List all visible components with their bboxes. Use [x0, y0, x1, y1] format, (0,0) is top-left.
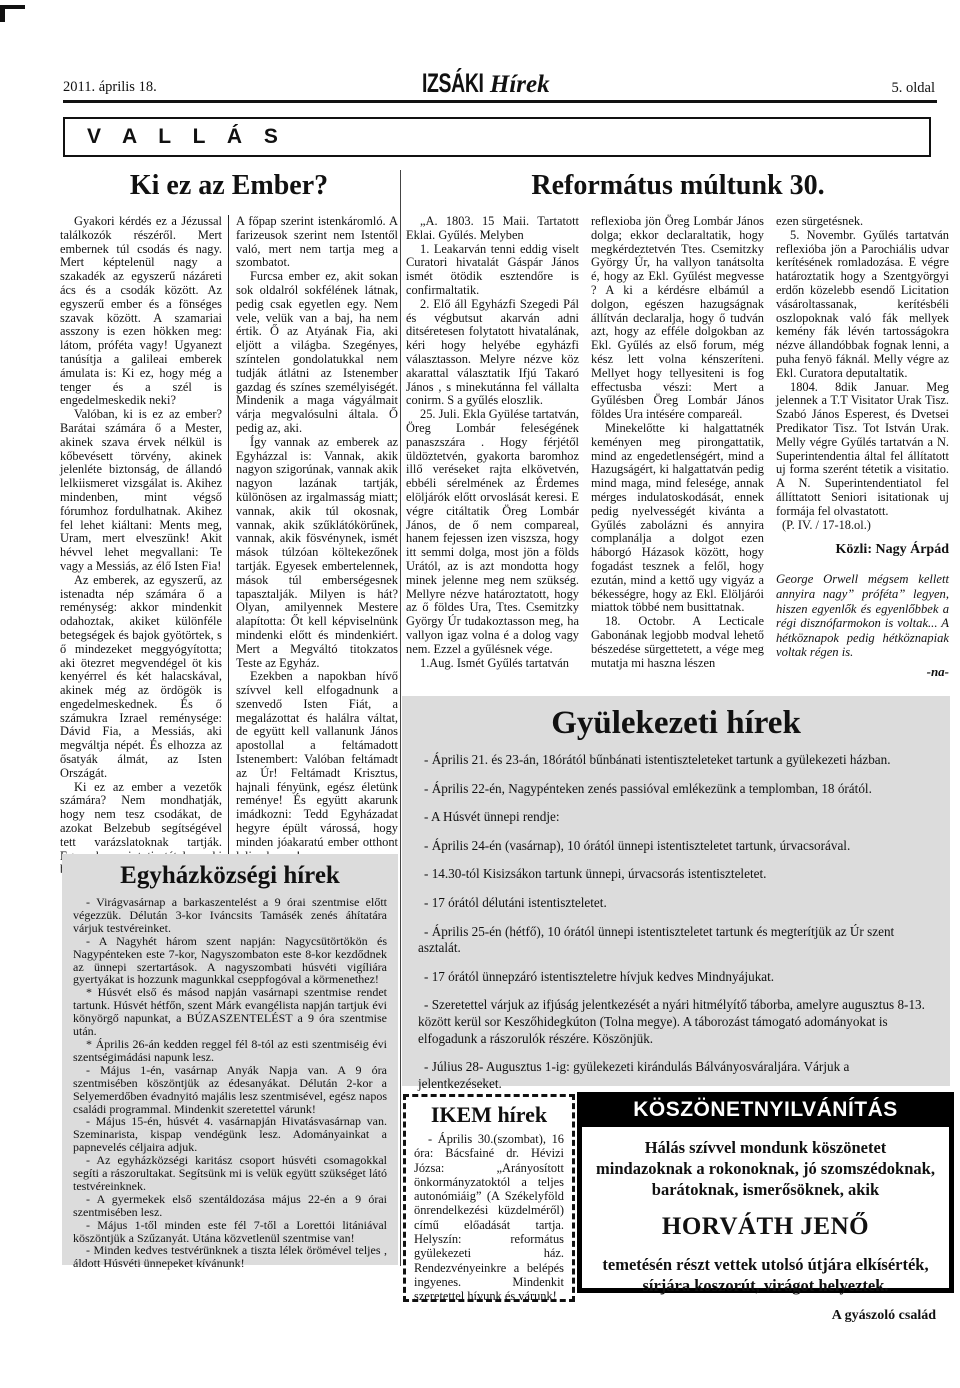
article-column: ezen sürgetésnek.5. Novembr. Gyűlés tart…: [776, 215, 949, 680]
paragraph: - Április 25-én (hétfő), 10 órától ünnep…: [418, 924, 934, 957]
paragraph: * Húsvét első és másod napján vasárnapi …: [73, 986, 387, 1038]
paragraph: Furcsa ember ez, akit sokan sok oldalról…: [236, 270, 398, 436]
paragraph: „A. 1803. 15 Maii. Tartatott Eklai. Gyűl…: [406, 215, 579, 243]
paragraph: 25. Juli. Ekla Gyülése tartatván, Öreg L…: [406, 408, 579, 656]
newspaper-page: 2011. április 18. IZSÁKIHírek 5. oldal V…: [0, 0, 960, 1388]
news-list: - Virágvasárnap a barkaszentelést a 9 ór…: [62, 896, 398, 1270]
paragraph: - Május 1-től minden este fél 7-től a Lo…: [73, 1219, 387, 1245]
paragraph: - Május 15-én, húsvét 4. vasárnapján Hiv…: [73, 1115, 387, 1154]
article-column: reflexioba jön Öreg Lombár János dolga; …: [591, 215, 764, 680]
paragraph: - 17 órától délutáni istentiszteletet.: [418, 895, 934, 912]
condolence-intro: Hálás szívvel mondunk köszönetet mindazo…: [582, 1137, 949, 1200]
panel-koszonetnyilvanitas: KÖSZÖNETNYILVÁNÍTÁS Hálás szívvel mondun…: [577, 1092, 954, 1293]
ikem-announcement: - Április 30.(szombat), 16 óra: Bácsfain…: [406, 1132, 572, 1304]
paragraph: - Szeretettel várjuk az ifjúság jelentke…: [418, 997, 934, 1047]
panel-gyulekezeti-hirek: Gyülekezeti hírek - Április 21. és 23-án…: [402, 696, 950, 1086]
panel-ikem-hirek: IKEM hírek - Április 30.(szombat), 16 ór…: [403, 1094, 575, 1302]
paragraph: Valóban, ki is ez az ember? Barátai szám…: [60, 408, 222, 574]
note-signature: -na-: [776, 664, 949, 680]
column-text: ezen sürgetésnek.5. Novembr. Gyűlés tart…: [776, 215, 949, 519]
paragraph: - 14.30-tól Kisizsákon tartunk ünnepi, ú…: [418, 866, 934, 883]
paragraph: - A Húsvét ünnepi rendje:: [418, 809, 934, 826]
source-reference: (P. IV. / 17-18.ol.): [776, 519, 949, 533]
paragraph: 2. Elő áll Egyházfi Szegedi Pál és végbu…: [406, 298, 579, 408]
paragraph: - Április 21. és 23-án, 18órától bűnbána…: [418, 752, 934, 769]
article-title: Ki ez az Ember?: [60, 170, 398, 202]
paragraph: Az emberek, az egyszerű, az istenadta né…: [60, 574, 222, 781]
article-reformatus-multunk: Református múltunk 30. „A. 1803. 15 Maii…: [406, 170, 950, 680]
panel-egyhazkozsegi-hirek: Egyházközségi hírek - Virágvasárnap a ba…: [62, 854, 398, 1265]
paragraph: - A gyermekek első szentáldozása május 2…: [73, 1193, 387, 1219]
masthead-bold: IZSÁKI: [422, 68, 484, 99]
paragraph: ezen sürgetésnek.: [776, 215, 949, 229]
panel-title: Gyülekezeti hírek: [402, 705, 950, 742]
masthead: IZSÁKIHírek: [0, 68, 960, 99]
condolence-title: KÖSZÖNETNYILVÁNÍTÁS: [577, 1092, 954, 1127]
paragraph: Minekelőtte ki halgattatnék keményen meg…: [591, 422, 764, 615]
article-ki-ez-az-ember: Ki ez az Ember? Gyakori kérdés ez a Jézu…: [60, 170, 398, 898]
editorial-note: George Orwell mégsem kellett annyira nag…: [776, 572, 949, 660]
masthead-italic: Hírek: [490, 71, 550, 98]
paragraph: - Virágvasárnap a barkaszentelést a 9 ór…: [73, 896, 387, 935]
page-number: 5. oldal: [892, 80, 936, 97]
paragraph: * Április 26-án kedden reggel fél 8-tól …: [73, 1038, 387, 1064]
section-box: V A L L Á S: [63, 117, 931, 157]
deceased-name: HORVÁTH JENŐ: [582, 1213, 949, 1241]
paragraph: - 17 órától ünnepzáró istentiszteletre h…: [418, 969, 934, 986]
section-label: V A L L Á S: [65, 125, 286, 148]
condolence-body: Hálás szívvel mondunk köszönetet mindazo…: [582, 1127, 949, 1288]
paragraph: reflexioba jön Öreg Lombár János dolga; …: [591, 215, 764, 422]
paragraph: - Minden kedves testvérünknek a tiszta l…: [73, 1244, 387, 1270]
paragraph: 1. Leakarván tenni eddig viselt Curatori…: [406, 243, 579, 298]
panel-title: IKEM hírek: [406, 1102, 572, 1128]
contributor-byline: Közli: Nagy Árpád: [776, 542, 949, 558]
header-rule: [63, 100, 937, 103]
paragraph: - Az egyházközségi karitász csoport húsv…: [73, 1154, 387, 1193]
article-column: Gyakori kérdés ez a Jézussal találkozók …: [60, 215, 229, 898]
news-list: - Április 21. és 23-án, 18órától bűnbána…: [402, 752, 950, 1092]
paragraph: - Április 22-én, Nagypénteken zenés pass…: [418, 781, 934, 798]
paragraph: Ezekben a napokban hívő szívvel kell elf…: [236, 670, 398, 863]
column-text: A főpap szerint istenkáromló. A farizeus…: [236, 215, 398, 863]
vertical-divider: [400, 170, 401, 1266]
paragraph: 1.Aug. Ismét Gyűlés tartatván: [406, 657, 579, 671]
paragraph: 18. Octobr. A Lecticale Gabonának legjob…: [591, 615, 764, 670]
paragraph: 5. Novembr. Gyűlés tartatván reflexióba …: [776, 229, 949, 381]
article-column: „A. 1803. 15 Maii. Tartatott Eklai. Gyűl…: [406, 215, 579, 680]
article-title: Református múltunk 30.: [406, 170, 950, 202]
paragraph: Gyakori kérdés ez a Jézussal találkozók …: [60, 215, 222, 408]
paragraph: - Április 24-én (vasárnap), 10 órától ün…: [418, 838, 934, 855]
paragraph: Így vannak az emberek az Egyházzal is: V…: [236, 436, 398, 671]
corner-registration-mark: [0, 5, 25, 22]
paragraph: - Július 28- Augusztus 1-ig: gyülekezeti…: [418, 1059, 934, 1092]
condolence-signature: A gyászoló család: [582, 1308, 949, 1324]
article-column: A főpap szerint istenkáromló. A farizeus…: [229, 215, 398, 898]
paragraph: A főpap szerint istenkáromló. A farizeus…: [236, 215, 398, 270]
condolence-text: temetésén részt vettek utolsó útjára elk…: [582, 1254, 949, 1296]
paragraph: - A Nagyhét három szent napján: Nagycsüt…: [73, 935, 387, 987]
panel-title: Egyházközségi hírek: [62, 862, 398, 890]
paragraph: 1804. 8dik Januar. Meg jelennek a T.T Vi…: [776, 381, 949, 519]
paragraph: - Május 1-én, vasárnap Anyák Napja van. …: [73, 1064, 387, 1116]
